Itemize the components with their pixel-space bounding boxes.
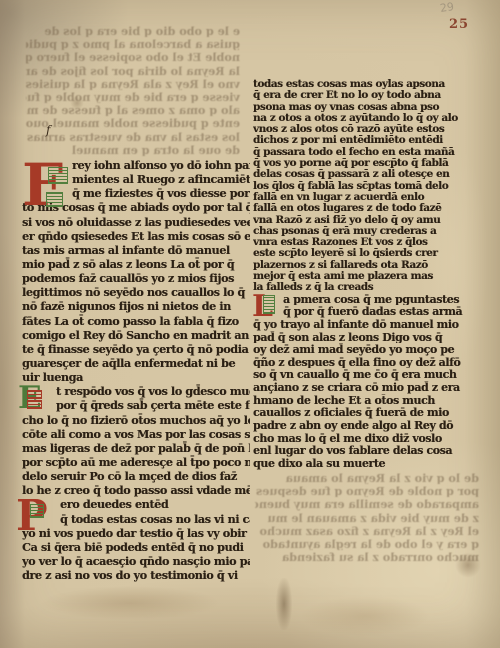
text-line: fallā en vn lugar z acuerdā enlo: [253, 191, 485, 202]
text-line: este scp̄to leyerē si lo q̄sierds crer: [253, 247, 485, 258]
text-line: pad̄ q̄ son alas z leons Digo vos q̄: [253, 331, 485, 344]
bleedthrough-text-block: e le q obo dio q bie era q los deguisa a…: [26, 24, 240, 158]
text-line: a pmera cosa q̄ me pguntastes: [253, 293, 485, 306]
text-line: fātes La ot̄ como passo la fabla q̄ fizo: [22, 314, 250, 328]
text-line: so q̄ vn cauallo q̄ me c̄o q̄ era much: [253, 368, 485, 381]
text-line: la falleds z q̄ la creads: [253, 281, 485, 292]
text-line: vna Razō z asi fiz̄ yo delo q̄ oy amu: [253, 214, 485, 225]
text-line: tas mis armas al infante dō manuel: [22, 243, 250, 257]
parchment-stain: [300, 596, 430, 636]
text-line: mio pad̄ z sō alas z leons La ot̄ por q̄: [22, 257, 250, 271]
paragraph: Et respōdo vos q̄ vos lo gd̄esco muchpor…: [22, 384, 250, 497]
text-line: rey iohn alfonso yo dō iohn parā: [22, 158, 250, 172]
text-line: q̄ me fiziestes q̄ vos diesse por scp̄: [22, 186, 250, 200]
text-line: guaresçer de aq̄lla enfermedat ni be: [22, 356, 250, 370]
bleedthrough-line: e le q obo dio q bie era q los de: [26, 24, 240, 37]
text-line: enl lugar do vos fablare delas cosa: [253, 444, 485, 457]
text-line: nō fazē nigunos fijos ni nietos de in: [22, 299, 250, 313]
text-line: cho mas lo q̄ el me dixo diz̄ voslo: [253, 432, 485, 445]
text-line: que dixo ala su muerte: [253, 457, 485, 470]
bleedthrough-line: noble Et el obo sopiesse el fuero q: [26, 50, 240, 63]
bleedthrough-line: por q noble de Reyno q fue despues: [255, 484, 479, 497]
guide-letter: f: [46, 123, 50, 137]
bleedthrough-line: q era y el obo de la regla ayuntado: [255, 537, 479, 550]
underlined-word: lugar: [313, 191, 342, 202]
parchment-stain: [40, 586, 220, 620]
text-line: todas estas cosas mas oylas apsona: [253, 78, 485, 89]
manuscript-page: 29 25 e le q obo dio q bie era q los deg…: [0, 0, 500, 648]
left-text-column: Frey iohn alfonso yo dō iohn parāmientes…: [22, 158, 250, 582]
text-line: na z ot̄os a ot̄os z ayūtando lo q̄ oy a…: [253, 112, 485, 123]
paragraph: Frey iohn alfonso yo dō iohn parāmientes…: [22, 158, 250, 384]
underlined-word: ligeras: [50, 441, 90, 455]
text-line: vnos z alos ot̄os cō razō ayūte estos: [253, 123, 485, 134]
text-line: vnra estas Razones Et vos z q̄los: [253, 236, 485, 247]
bleedthrough-line: ente q pudiesse noble manuel ouo: [26, 116, 240, 129]
paragraph: Pero deuedes entēdq̄ todas estas cosas n…: [22, 497, 250, 582]
text-line: yo ni vos puedo dar testio q̄ las vy obi…: [22, 526, 250, 540]
text-line: cōte ali como a vos Mas por las cosas sō: [22, 427, 250, 441]
text-line: q̄ passara todo el fecho en esta mañā: [253, 146, 485, 157]
bleedthrough-line: la Reyna lo diria por los fijos de ama: [26, 64, 240, 77]
text-line: si vos nō oluidasse z las pudiesedes vee…: [22, 215, 250, 229]
text-line: podemos faz̄ cauallōs yo z mios fijos: [22, 271, 250, 285]
text-line: cauallos z oficiales q̄ fuerā de mio: [253, 406, 485, 419]
underlined-word: lugar: [274, 444, 305, 457]
text-line: er qn̄do qsiesedes Et las mis cosas sō e…: [22, 229, 250, 243]
text-line: legittimos nō seyēdo nos cauallos lo q̄: [22, 285, 250, 299]
bleedthrough-line: vno el Rey z ala Reyna q la quisiesse: [26, 77, 240, 90]
text-line: q̄ era de crer Et no lo oy todo abna: [253, 89, 485, 100]
bleedthrough-line: alo q oma z omes al q fuesse de ma: [26, 103, 240, 116]
right-text-column: todas estas cosas mas oylas apsonaq̄ era…: [253, 78, 485, 470]
bleedthrough-line: los estas la vna de vuestras armas: [26, 130, 240, 143]
text-line: mejor q̄ esta ami me plazera mas: [253, 270, 485, 281]
text-line: to mis cosas q̄ me abiads oydo por tal q…: [22, 200, 250, 214]
bleedthrough-line: el Rey z la Reyna z fizo asaz mucho: [255, 524, 479, 537]
text-line: mas ligeras de dez̄ por palab̄ q̄ de pon…: [22, 441, 250, 455]
text-line: lo he z creo q̄ todo passo assi vdade mē…: [22, 483, 250, 497]
text-line: ero deuedes entēd: [22, 497, 250, 511]
bleedthrough-text-block: de lo q vio z la Reyna lo amauapor q nob…: [255, 471, 479, 568]
text-line: plazernos z si fallareds ot̄a Razō: [253, 259, 485, 270]
text-line: delas cosas q̄ passarā z ali otesçe en: [253, 168, 485, 179]
bleedthrough-line: de oue la otra q en manuel: [26, 143, 240, 156]
paragraph: todas estas cosas mas oylas apsonaq̄ era…: [253, 78, 485, 293]
text-line: yo ver lo q̄ acaesçio qn̄do nasçio mio p…: [22, 554, 250, 568]
text-line: oy dez̄ ami mad̄ seyēdo yo moço pe: [253, 343, 485, 356]
bleedthrough-line: guisa a barcelona al pmo z q pudiesse: [26, 37, 240, 50]
text-line: padre z abn oy ende algo al Rey dō: [253, 419, 485, 432]
text-line: dre z asi no vos do yo testimonio q̄ vi: [22, 568, 250, 582]
text-line: por q̄ q̄reds sab̄ çerta mēte este fe: [22, 398, 250, 412]
text-line: psona mas oy vnas cosas abna pso: [253, 101, 485, 112]
text-line: comigo el Rey dō Sancho en madrit an: [22, 328, 250, 342]
text-line: te q̄ finasse seyēdo ya çerto q̄ nō podi…: [22, 342, 250, 356]
bleedthrough-line: viesse q era bie de muy noble q fuesse: [26, 90, 240, 103]
paragraph: La pmera cosa q̄ me pguntastesq̄ por q̄ …: [253, 293, 485, 470]
text-line: hmano de leche Et a ot̄os much: [253, 394, 485, 407]
text-line: q̄ todas estas cosas no las vi ni cate: [22, 512, 250, 526]
text-line: los q̄los q̄ fablā las sc̄ptas tomā delo: [253, 180, 485, 191]
text-line: q̄ por q̄ fuerō dadas estas armā: [253, 305, 485, 318]
text-line: q̄ vos yo porne aq̄ por escp̄to q̄ fablā: [253, 157, 485, 168]
bleedthrough-line: z de muy bie vida z amauan le mu: [255, 511, 479, 524]
text-line: cho lo q̄ no fizierō ot̄os muchos aq̄ yo…: [22, 413, 250, 427]
text-line: Ca si q̄era biē podeds entēd q̄ no pudi: [22, 540, 250, 554]
text-line: fallā en ot̄os lugares z de todo fazē: [253, 202, 485, 213]
text-line: chas psonas q̄ erā muy crederas a: [253, 225, 485, 236]
ink-drip-stain: [276, 578, 292, 630]
text-line: delo seruir Po cō la mçed de dios faz̄: [22, 469, 250, 483]
underlined-word: legittimos: [22, 285, 82, 299]
text-line: q̄ yo trayo al infante dō manuel mio: [253, 318, 485, 331]
text-line: t respōdo vos q̄ vos lo gd̄esco much: [22, 384, 250, 398]
bleedthrough-line: de lo q vio z la Reyna lo amaua: [255, 471, 479, 484]
underlined-word: algo: [372, 419, 397, 432]
text-line: uir luenga: [22, 370, 250, 384]
text-line: ançiano z se criara cō mio pad̄ z era: [253, 381, 485, 394]
text-line: por scp̄to aū me aderesçe al t̄po poco m…: [22, 455, 250, 469]
text-line: dichos z por mi entēdimiēto entēdi: [253, 134, 485, 145]
text-line: q̄ño z despues q̄ ella fino oy dez̄ alfō: [253, 356, 485, 369]
pencil-foliation: 29: [439, 0, 455, 15]
folio-number: 25: [449, 17, 469, 32]
underlined-word: Digo: [382, 331, 409, 344]
text-line: mientes al Ruego z afincamiēto: [22, 172, 250, 186]
bleedthrough-line: mucho onrrado z la su fazienda: [255, 550, 479, 563]
bleedthrough-line: amparado de semilla era muy bueno: [255, 497, 479, 510]
